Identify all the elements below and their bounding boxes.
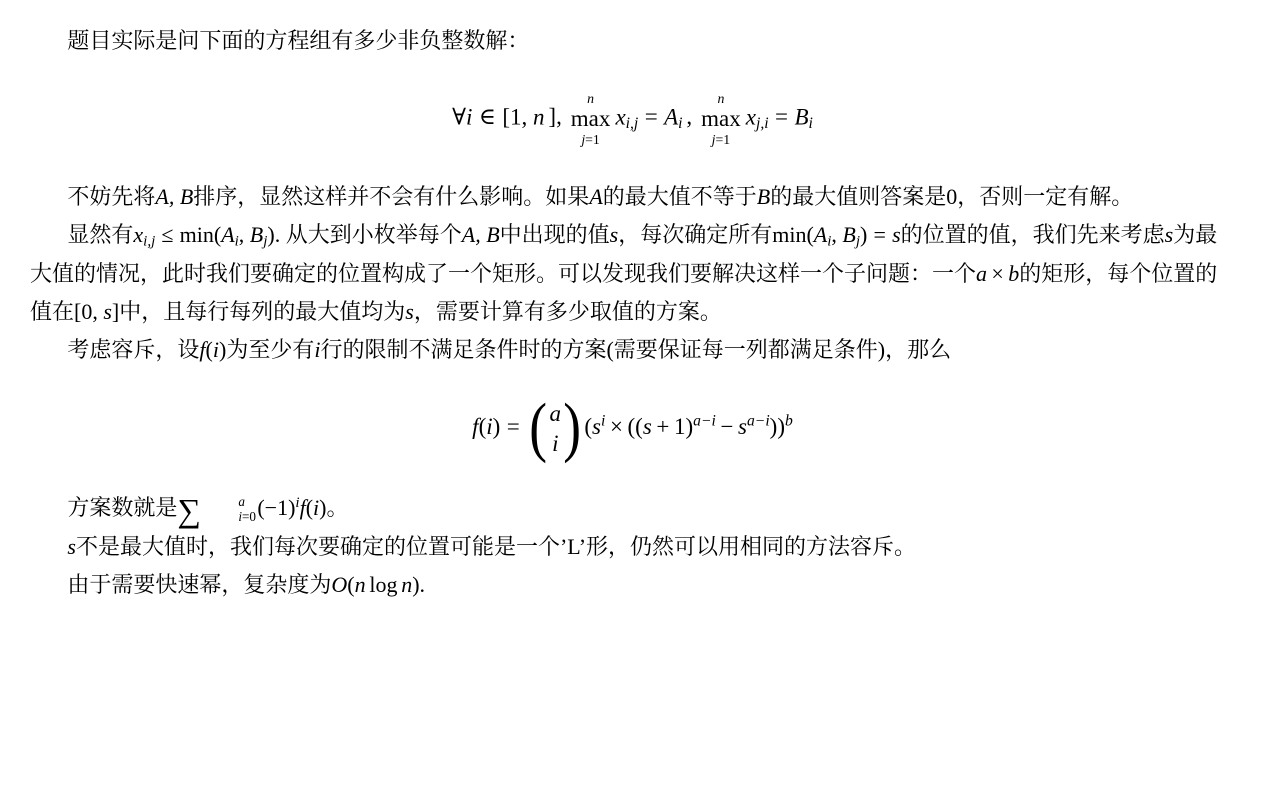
math-variable: x bbox=[615, 104, 625, 129]
math-variable: B bbox=[842, 222, 855, 247]
math-superscript: a−i bbox=[693, 412, 716, 429]
math-superscript: a−i bbox=[747, 412, 770, 429]
math-variable: A bbox=[589, 184, 602, 209]
equals-sign: = bbox=[638, 104, 664, 129]
math-expression: (−1) bbox=[257, 495, 295, 520]
paragraph-inclusion-exclusion: 考虑容斥，设f(i)为至少有i行的限制不满足条件时的方案(需要保证每一列都满足条… bbox=[30, 331, 1235, 369]
math-variable: s bbox=[67, 534, 76, 559]
math-variable: n bbox=[355, 572, 366, 597]
text-run: 为至少有 bbox=[226, 337, 314, 362]
sum-lower-limit: i=0 bbox=[201, 509, 256, 525]
math-superscript: b bbox=[785, 412, 793, 429]
text-run: 的位置的值，我们先来考虑 bbox=[901, 222, 1165, 247]
math-variable: B bbox=[794, 104, 808, 129]
times-sign: × bbox=[605, 414, 627, 439]
math-delimiter: ( bbox=[306, 495, 313, 520]
text-run: 排序，显然这样并不会有什么影响。如果 bbox=[193, 184, 589, 209]
sum-operator: ∑ bbox=[177, 493, 201, 529]
math-variable: s bbox=[738, 414, 747, 439]
paragraph-answer-sum: 方案数就是∑ai=0(−1)if(i)。 bbox=[30, 489, 1235, 529]
text-run: 题目实际是问下面的方程组有多少非负整数解： bbox=[67, 28, 529, 53]
math-comma: , bbox=[831, 222, 842, 247]
math-subscript: i,j bbox=[626, 115, 639, 132]
math-delimiter: ( bbox=[206, 337, 213, 362]
math-variable: s bbox=[103, 299, 112, 324]
math-delimiter: (( bbox=[628, 414, 643, 439]
sum-limits: ai=0 bbox=[201, 494, 256, 526]
binomial-stack: ai bbox=[550, 399, 562, 459]
math-variable: s bbox=[643, 414, 652, 439]
text-run: 的最大值则答案是0，否则一定有解。 bbox=[770, 184, 1133, 209]
text-run: 从大到小枚举每个 bbox=[280, 222, 462, 247]
math-delimiter: ( bbox=[584, 414, 592, 439]
document-page: 题目实际是问下面的方程组有多少非负整数解： ∀i∈[1, n],nmaxj=1x… bbox=[0, 0, 1265, 785]
text-run: 由于需要快速幂，复杂度为 bbox=[67, 572, 331, 597]
text-run: 的最大值不等于 bbox=[603, 184, 757, 209]
equals-sign: = bbox=[500, 414, 526, 439]
binomial-top: a bbox=[550, 399, 562, 429]
paragraph-sorting-observation: 不妨先将A, B排序，显然这样并不会有什么影响。如果A的最大值不等于B的最大值则… bbox=[30, 178, 1235, 216]
max-upper-limit: n bbox=[717, 90, 724, 107]
log-op-name: log bbox=[366, 572, 402, 597]
equals-sign: = bbox=[867, 222, 892, 247]
less-equal-sign: ≤ bbox=[155, 222, 179, 247]
math-text: =1 bbox=[716, 132, 731, 147]
math-variable: A, B bbox=[155, 184, 193, 209]
math-delimiter: [0, bbox=[74, 299, 103, 324]
math-variable: n bbox=[533, 104, 545, 129]
text-run: ，需要计算有多少取值的方案。 bbox=[414, 299, 722, 324]
math-delimiter: ) bbox=[685, 414, 693, 439]
text-run: 方案数就是 bbox=[67, 495, 177, 520]
plus-sign: + bbox=[652, 414, 674, 439]
text-run: 中出现的值 bbox=[500, 222, 610, 247]
text-run: 不是最大值时，我们每次要确定的位置可能是一个’L’形，仍然可以用相同的方法容斥。 bbox=[76, 534, 916, 559]
math-delimiter: ). bbox=[267, 222, 280, 247]
max-operator: nmaxj=1 bbox=[701, 90, 741, 149]
max-operator: nmaxj=1 bbox=[571, 90, 611, 149]
math-delimiter: ( bbox=[347, 572, 354, 597]
math-comma: , bbox=[239, 222, 250, 247]
minus-sign: − bbox=[716, 414, 738, 439]
math-subscript: i bbox=[809, 115, 813, 132]
math-variable: a bbox=[976, 261, 987, 286]
math-delimiter: ], bbox=[545, 104, 566, 129]
math-variable: s bbox=[592, 414, 601, 439]
math-variable: O bbox=[331, 572, 347, 597]
max-upper-limit: n bbox=[587, 90, 594, 107]
max-op-name: max bbox=[571, 107, 611, 131]
math-variable: x bbox=[746, 104, 756, 129]
formula-f-definition: f(i)=(ai)(si×((s+1)a−i−sa−i))b bbox=[30, 399, 1235, 459]
text-run: 行的限制不满足条件时的方案(需要保证每一列都满足条件)，那么 bbox=[320, 337, 951, 362]
paragraph-l-shape-case: s不是最大值时，我们每次要确定的位置可能是一个’L’形，仍然可以用相同的方法容斥… bbox=[30, 528, 1235, 566]
formula-constraints: ∀i∈[1, n],nmaxj=1xi,j=Ai,nmaxj=1xj,i=Bi bbox=[30, 90, 1235, 149]
math-variable: b bbox=[1008, 261, 1019, 286]
binomial-coefficient: (ai) bbox=[527, 399, 583, 459]
element-of-symbol: ∈ bbox=[472, 104, 502, 129]
equals-sign: = bbox=[769, 104, 795, 129]
forall-symbol: ∀ bbox=[452, 104, 466, 129]
math-subscript: j,i bbox=[756, 115, 769, 132]
big-left-paren: ( bbox=[530, 401, 548, 456]
times-sign: × bbox=[987, 261, 1008, 286]
math-comma: , bbox=[683, 104, 697, 129]
text-run: 不妨先将 bbox=[67, 184, 155, 209]
text-run: 显然有 bbox=[67, 222, 133, 247]
min-op-name: min( bbox=[180, 222, 222, 247]
math-text: =0 bbox=[242, 509, 256, 524]
text-run: 考虑容斥，设 bbox=[67, 337, 199, 362]
paragraph-problem-statement: 题目实际是问下面的方程组有多少非负整数解： bbox=[30, 22, 1235, 60]
math-subscript: i,j bbox=[143, 234, 155, 250]
max-lower-limit: j=1 bbox=[712, 131, 731, 148]
math-variable: s bbox=[610, 222, 619, 247]
math-variable: x bbox=[133, 222, 143, 247]
big-right-paren: ) bbox=[563, 401, 581, 456]
math-variable: B bbox=[250, 222, 263, 247]
text-run: 。 bbox=[326, 495, 348, 520]
math-delimiter: )) bbox=[770, 414, 785, 439]
math-variable: n bbox=[401, 572, 412, 597]
min-op-name: min( bbox=[772, 222, 814, 247]
math-variable: A bbox=[664, 104, 678, 129]
math-variable: s bbox=[892, 222, 901, 247]
math-text: =1 bbox=[585, 132, 600, 147]
math-variable: s bbox=[1165, 222, 1174, 247]
math-variable: s bbox=[405, 299, 414, 324]
max-op-name: max bbox=[701, 107, 741, 131]
math-delimiter: [1, bbox=[502, 104, 533, 129]
text-run: 中，且每行每列的最大值均为 bbox=[119, 299, 405, 324]
max-lower-limit: j=1 bbox=[581, 131, 600, 148]
binomial-bottom: i bbox=[552, 429, 558, 459]
text-run: ，每次确定所有 bbox=[618, 222, 772, 247]
paragraph-enumeration: 显然有xi,j≤min(Ai, Bj). 从大到小枚举每个A, B中出现的值s，… bbox=[30, 216, 1235, 331]
math-variable: A, B bbox=[462, 222, 500, 247]
math-variable: B bbox=[757, 184, 770, 209]
math-variable: A bbox=[814, 222, 827, 247]
math-subscript: i bbox=[678, 115, 682, 132]
paragraph-complexity: 由于需要快速幂，复杂度为O(nlogn). bbox=[30, 566, 1235, 604]
math-number: 1 bbox=[674, 414, 686, 439]
math-delimiter: ). bbox=[412, 572, 425, 597]
sum-upper-limit: a bbox=[201, 494, 245, 510]
math-variable: A bbox=[221, 222, 234, 247]
